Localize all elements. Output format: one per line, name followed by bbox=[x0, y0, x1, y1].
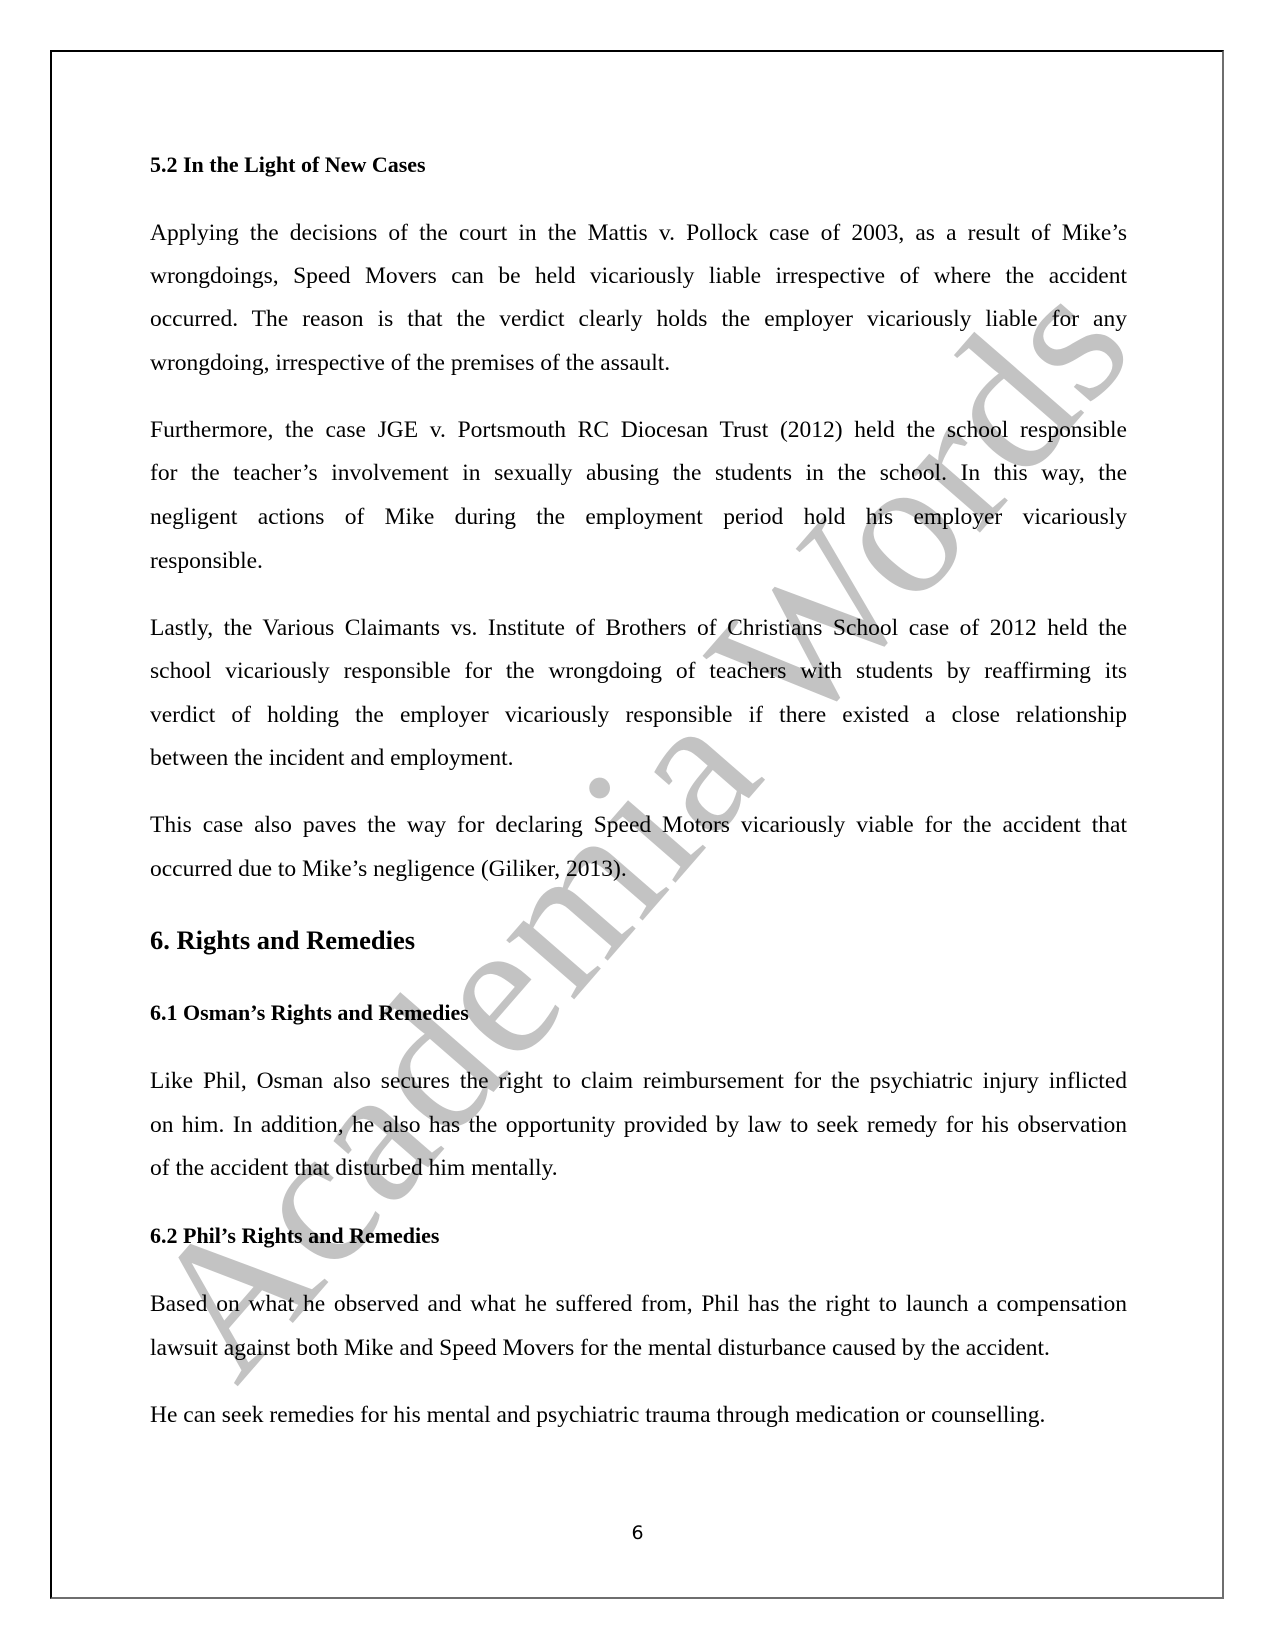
text-line: occurred due to Mike’s negligence (Gilik… bbox=[150, 855, 1127, 883]
text-line: between the incident and employment. bbox=[150, 744, 1127, 772]
text-line: verdict of holding the employer vicariou… bbox=[150, 701, 1127, 729]
section-heading-6-1: 6.1 Osman’s Rights and Remedies bbox=[150, 999, 1127, 1027]
page-number: 6 bbox=[0, 1522, 1275, 1544]
text-line: This case also paves the way for declari… bbox=[150, 811, 1127, 839]
text-line: occurred. The reason is that the verdict… bbox=[150, 305, 1127, 333]
text-line: wrongdoings, Speed Movers can be held vi… bbox=[150, 262, 1127, 290]
section-heading-6: 6. Rights and Remedies bbox=[150, 926, 1127, 954]
text-line: Lastly, the Various Claimants vs. Instit… bbox=[150, 614, 1127, 642]
section-heading-6-2: 6.2 Phil’s Rights and Remedies bbox=[150, 1222, 1127, 1250]
section-heading-5-2: 5.2 In the Light of New Cases bbox=[150, 151, 1127, 179]
text-line: Like Phil, Osman also secures the right … bbox=[150, 1067, 1127, 1095]
text-line: responsible. bbox=[150, 547, 1127, 575]
text-line: Furthermore, the case JGE v. Portsmouth … bbox=[150, 416, 1127, 444]
text-line: of the accident that disturbed him menta… bbox=[150, 1154, 1127, 1182]
text-line: negligent actions of Mike during the emp… bbox=[150, 503, 1127, 531]
text-line: on him. In addition, he also has the opp… bbox=[150, 1111, 1127, 1139]
text-line: wrongdoing, irrespective of the premises… bbox=[150, 349, 1127, 377]
text-line: Applying the decisions of the court in t… bbox=[150, 219, 1127, 247]
text-line: lawsuit against both Mike and Speed Move… bbox=[150, 1334, 1127, 1362]
text-line: for the teacher’s involvement in sexuall… bbox=[150, 459, 1127, 487]
text-line: Based on what he observed and what he su… bbox=[150, 1290, 1127, 1318]
text-line: He can seek remedies for his mental and … bbox=[150, 1401, 1127, 1429]
text-line: school vicariously responsible for the w… bbox=[150, 657, 1127, 685]
